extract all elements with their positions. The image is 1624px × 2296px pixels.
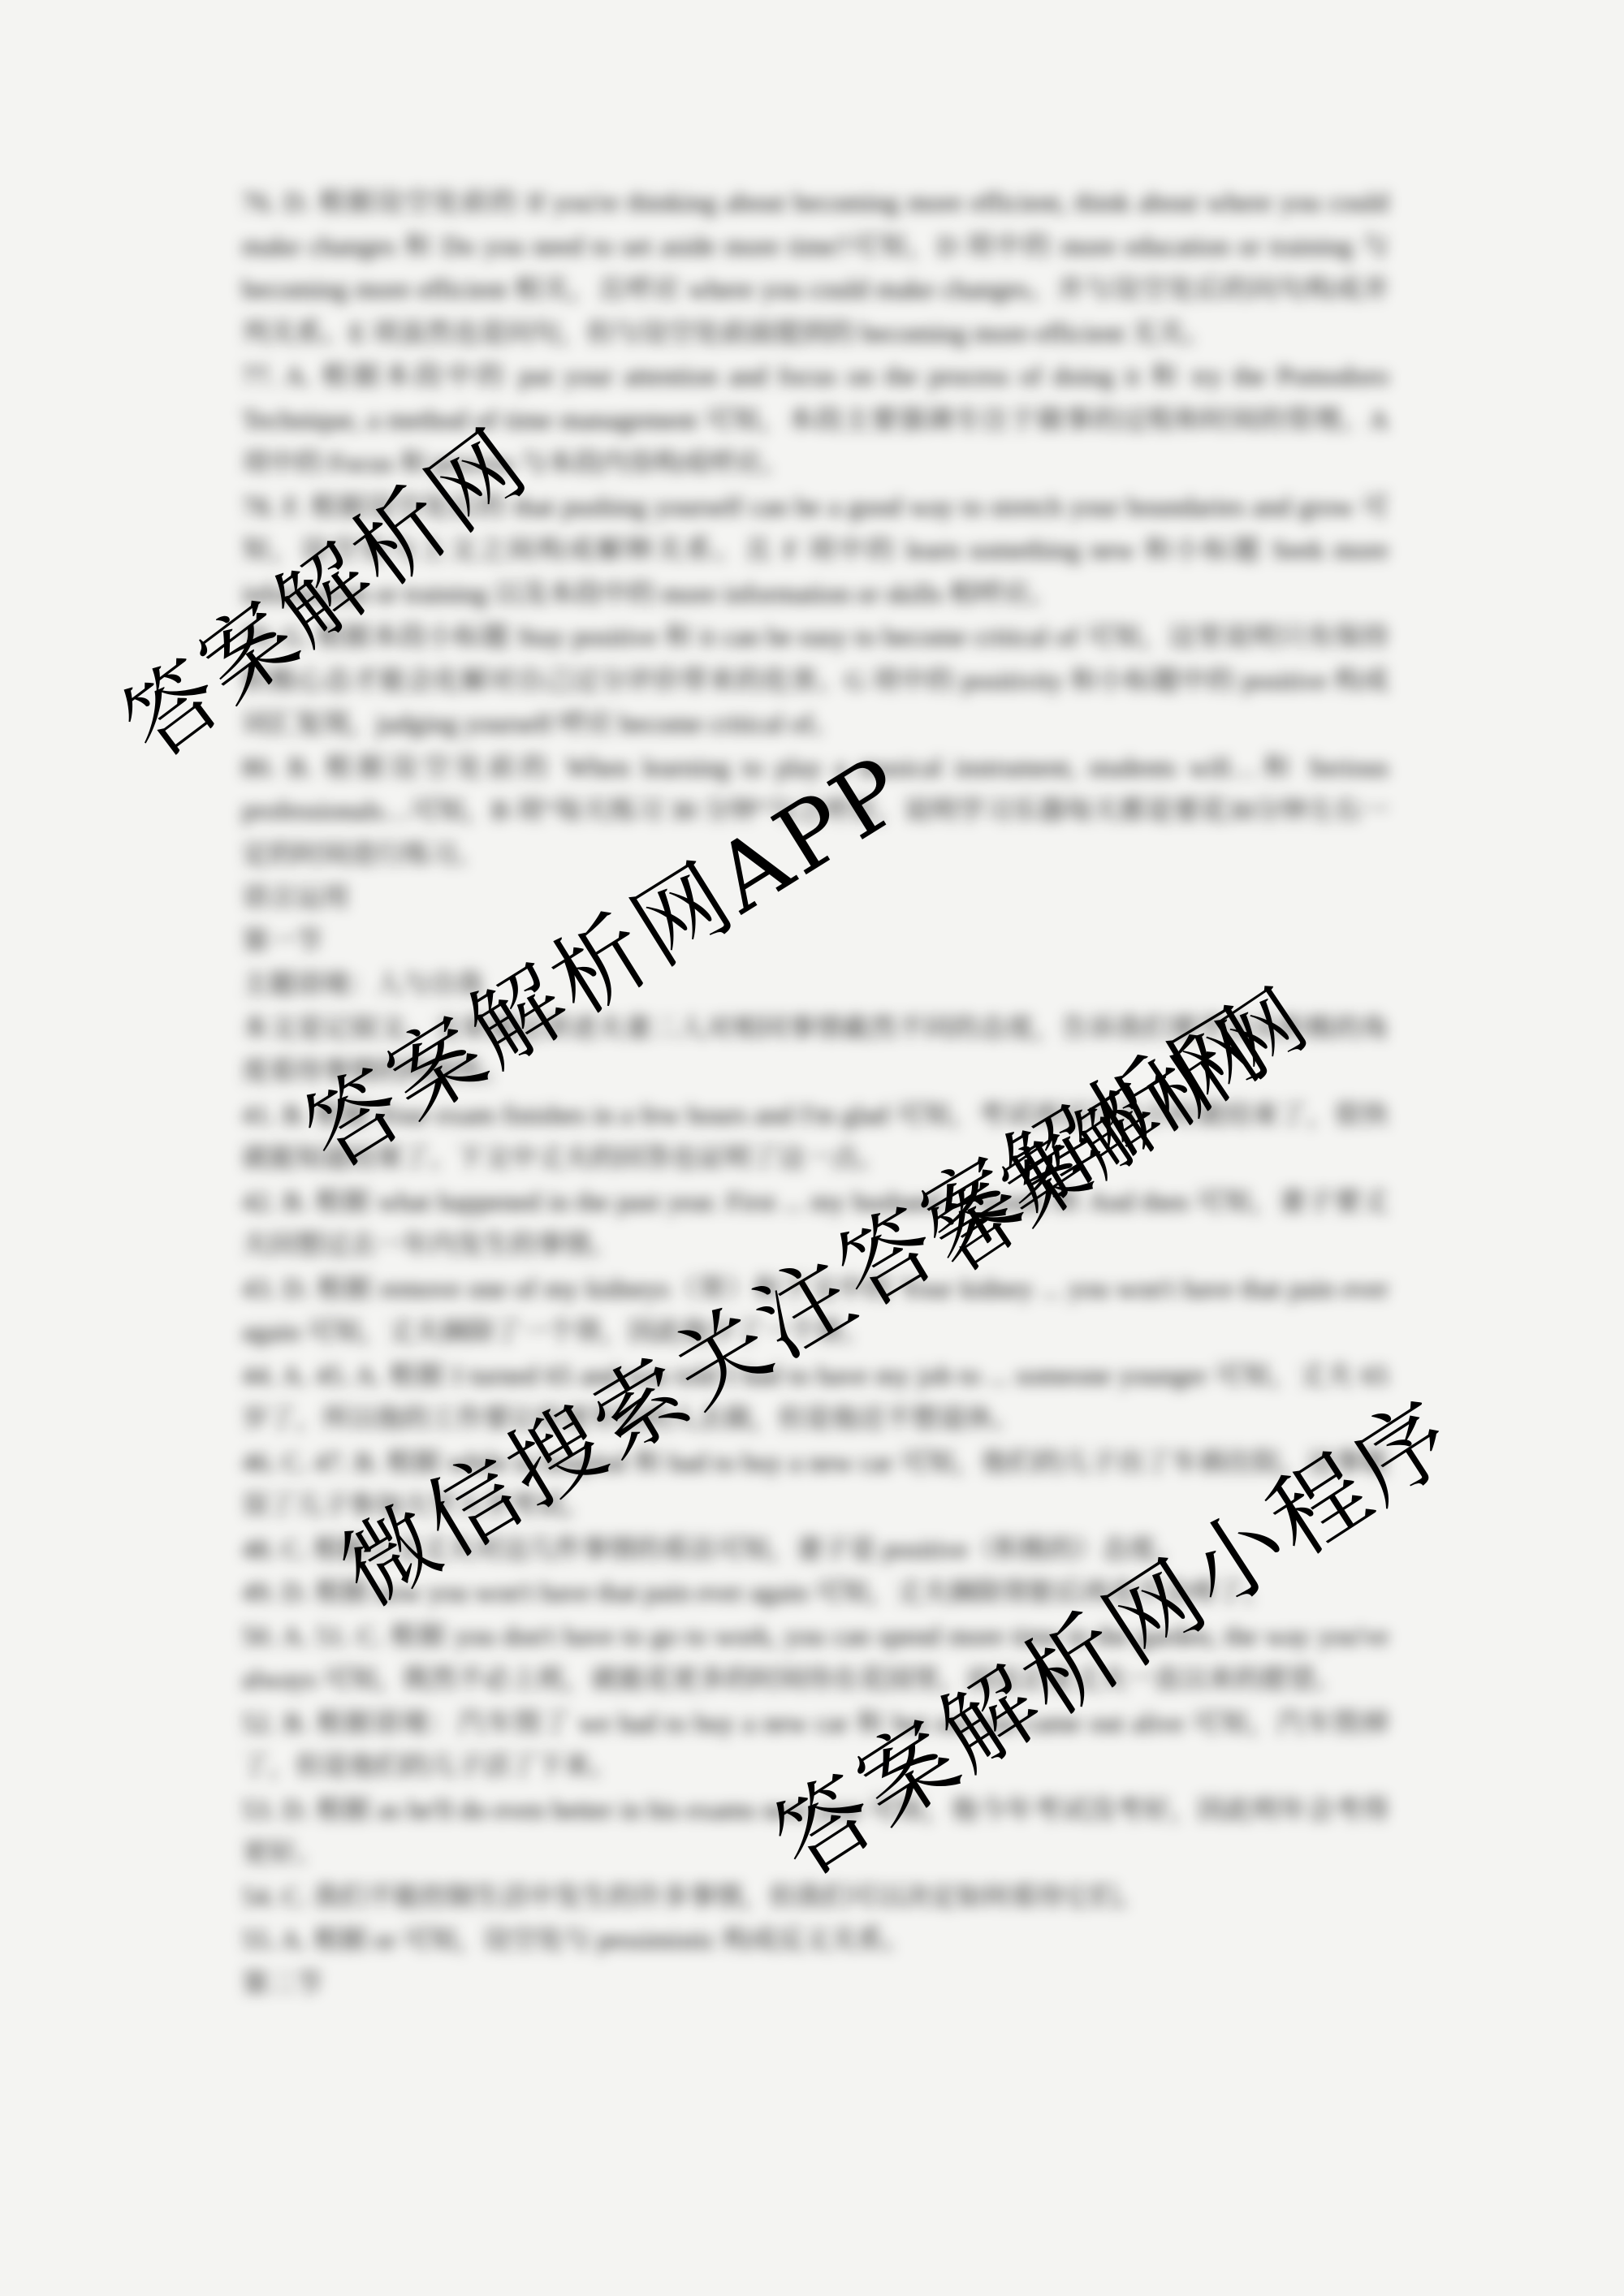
answer-item-55: 55. A. 根据 or 可知，设空处与 pessimistic 构成反义关系。 [242, 1919, 1389, 1963]
answer-item-79: 79. G. 根据本段小标题 Stay positive 和 it can be… [242, 616, 1389, 747]
section-heading-part-one: 第一节 [242, 921, 1389, 965]
section-heading-part-two: 第二节 [242, 1963, 1389, 2007]
answer-item-44-45: 44. A. 45. A. 根据 I turned 65 and was tol… [242, 1355, 1389, 1442]
scanned-answer-key-page: 76. D. 根据设空处前的 If you're thinking about … [0, 0, 1624, 2296]
answer-item-76: 76. D. 根据设空处前的 If you're thinking about … [242, 182, 1389, 356]
